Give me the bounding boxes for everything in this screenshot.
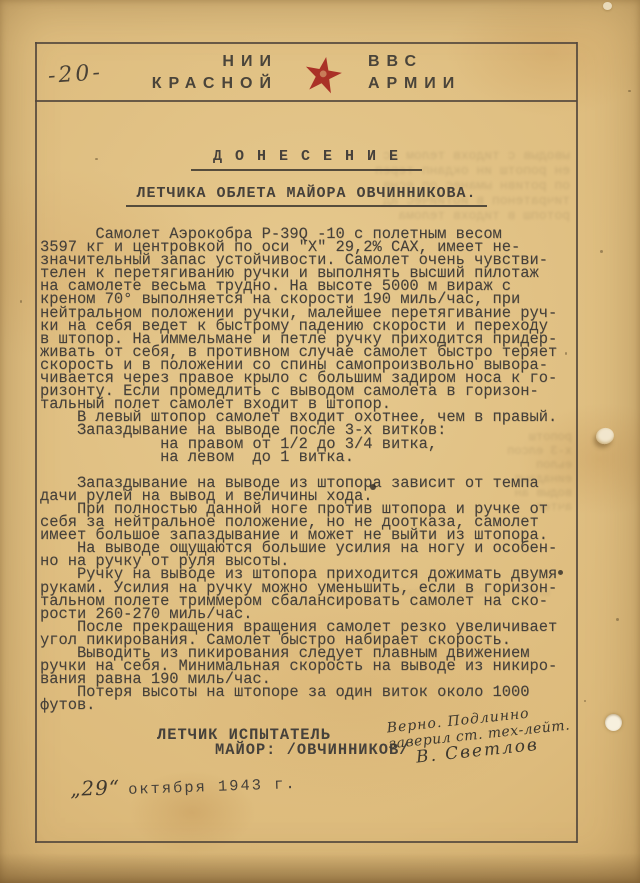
report-title-row: Д О Н Е С Е Н И Е [35, 147, 578, 171]
frame-line-header-bottom [35, 100, 577, 102]
org-line1-left: НИИ [222, 53, 278, 70]
date-month-year: октября 1943 г. [128, 775, 297, 799]
paper-speck [600, 250, 603, 253]
red-star-icon [301, 53, 345, 97]
paper-speck [584, 700, 586, 702]
punch-hole [605, 714, 622, 731]
org-name-left-column: НИИКРАСНОЙ [152, 51, 278, 95]
org-name-right-column: ВВСАРМИИ [368, 51, 461, 95]
report-body-text: Самолет Аэрокобра Р-39Q -10 с полетным в… [40, 228, 577, 712]
org-line2-left: КРАСНОЙ [152, 75, 278, 92]
frame-line-top [35, 42, 577, 44]
org-line1-right: ВВС [368, 53, 423, 70]
report-subtitle-row: ЛЕТЧИКА ОБЛЕТА МАЙОРА ОВЧИННИКОВА. [35, 184, 578, 207]
org-header: НИИКРАСНОЙ ВВСАРМИИ [35, 51, 578, 95]
report-subtitle: ЛЕТЧИКА ОБЛЕТА МАЙОРА ОВЧИННИКОВА. [126, 185, 486, 207]
frame-line-bottom [35, 841, 577, 843]
punch-hole [603, 2, 612, 10]
paper-speck [20, 300, 22, 303]
ink-blot [558, 570, 563, 575]
paper-speck [628, 90, 631, 92]
signature-name-line: МАЙОР: /ОВЧИННИКОВ/ [215, 741, 409, 759]
report-title: Д О Н Е С Е Н И Е [191, 148, 422, 171]
date-day-handwritten: „29“ [70, 775, 121, 801]
date-line: „29“октября 1943 г. [70, 769, 297, 801]
paper-speck [616, 618, 619, 621]
paper-speck [565, 352, 567, 355]
org-line2-right: АРМИИ [368, 75, 461, 92]
paper-speck [95, 158, 98, 160]
ink-blot [370, 484, 376, 490]
paper-blister-hole [594, 426, 616, 446]
scanned-document-page: -20- НИИКРАСНОЙ ВВСАРМИИ ыводыв с тидохв… [0, 0, 640, 883]
